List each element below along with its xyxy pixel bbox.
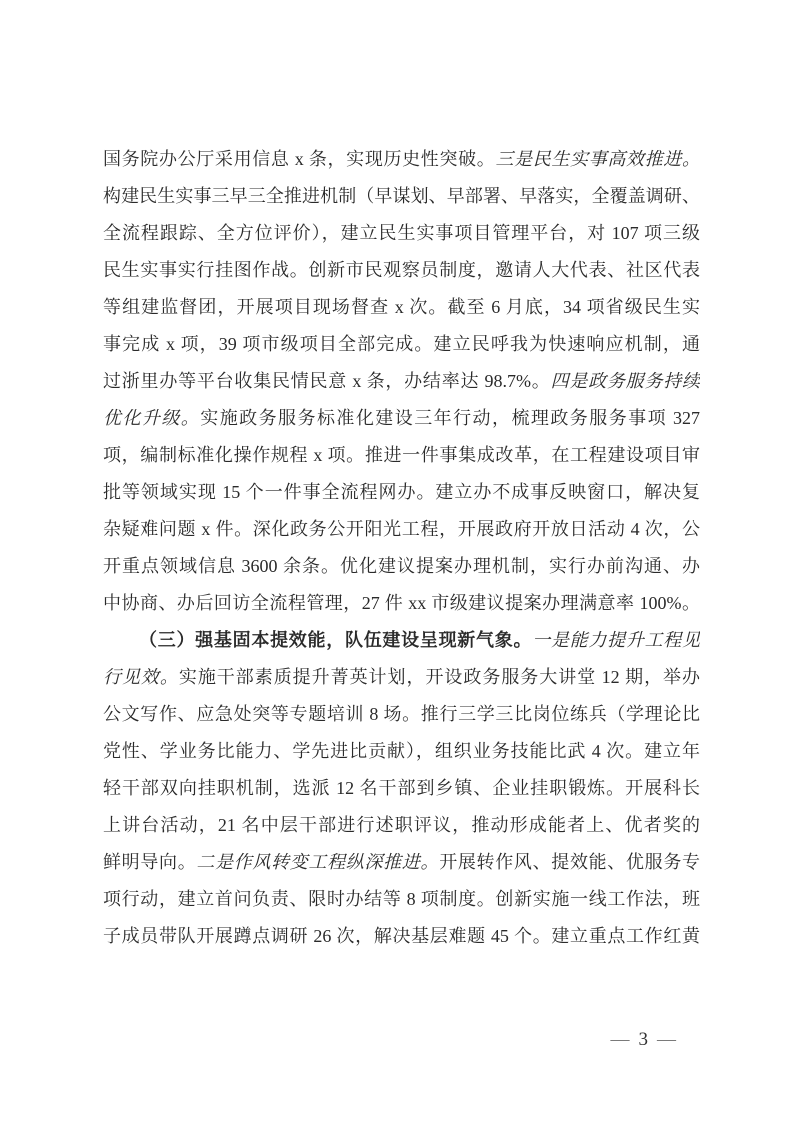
body-text-run: 项，编制标准化操作规程 x 项。推进一件事集成改革，在工程建设项目审 (103, 445, 700, 465)
body-text-run: 公文写作、应急处突等专题培训 8 场。推行三学三比岗位练兵（学理论比 (103, 704, 700, 724)
body-text-run: 杂疑难问题 x 件。深化政务公开阳光工程，开展政府开放日活动 4 次，公 (103, 519, 700, 539)
body-text-run: 开展转作风、提效能、优服务专 (439, 852, 700, 872)
page-footer: — 3 — (611, 1028, 677, 1052)
text-line: 党性、学业务比能力、学先进比贡献），组织业务技能比武 4 次。建立年 (103, 733, 700, 770)
footer-dash-left: — (611, 1028, 630, 1052)
body-text-run: 过浙里办等平台收集民情民意 x 条，办结率达 98.7%。 (103, 371, 551, 391)
document-body: 国务院办公厅采用信息 x 条，实现历史性突破。三是民生实事高效推进。构建民生实事… (103, 141, 700, 955)
text-line: 子成员带队开展蹲点调研 26 次，解决基层难题 45 个。建立重点工作红黄 (103, 918, 700, 955)
section-heading-run: （三）强基固本提效能，队伍建设呈现新气象。 (139, 630, 532, 650)
text-line: 民生实事实行挂图作战。创新市民观察员制度，邀请人大代表、社区代表 (103, 252, 700, 289)
emphasis-run: 一是能力提升工程见 (532, 630, 700, 650)
body-text-run: 党性、学业务比能力、学先进比贡献），组织业务技能比武 4 次。建立年 (103, 741, 700, 761)
emphasis-run: 优化升级。 (103, 408, 200, 428)
emphasis-run: 二是作风转变工程纵深推进。 (196, 852, 439, 872)
body-text-run: 国务院办公厅采用信息 x 条，实现历史性突破。 (103, 149, 495, 169)
text-line: 开重点领域信息 3600 余条。优化建议提案办理机制，实行办前沟通、办 (103, 548, 700, 585)
document-page: 国务院办公厅采用信息 x 条，实现历史性突破。三是民生实事高效推进。构建民生实事… (0, 0, 793, 1122)
emphasis-run: 三是民生实事高效推进。 (495, 149, 700, 169)
body-text-run: 实施政务服务标准化建设三年行动，梳理政务服务事项 327 (200, 408, 700, 428)
text-line: 过浙里办等平台收集民情民意 x 条，办结率达 98.7%。四是政务服务持续 (103, 363, 700, 400)
text-line: 等组建监督团，开展项目现场督查 x 次。截至 6 月底，34 项省级民生实 (103, 289, 700, 326)
body-text-run: 开重点领域信息 3600 余条。优化建议提案办理机制，实行办前沟通、办 (103, 556, 700, 576)
text-line: 轻干部双向挂职机制，选派 12 名干部到乡镇、企业挂职锻炼。开展科长 (103, 770, 700, 807)
text-line: 上讲台活动，21 名中层干部进行述职评议，推动形成能者上、优者奖的 (103, 807, 700, 844)
text-line: 国务院办公厅采用信息 x 条，实现历史性突破。三是民生实事高效推进。 (103, 141, 700, 178)
body-text-run: 上讲台活动，21 名中层干部进行述职评议，推动形成能者上、优者奖的 (103, 815, 700, 835)
text-line: 构建民生实事三早三全推进机制（早谋划、早部署、早落实，全覆盖调研、 (103, 178, 700, 215)
body-text-run: 民生实事实行挂图作战。创新市民观察员制度，邀请人大代表、社区代表 (103, 260, 700, 280)
emphasis-run: 行见效。 (103, 667, 179, 687)
body-text-run: 实施干部素质提升菁英计划，开设政务服务大讲堂 12 期，举办 (179, 667, 700, 687)
text-line: （三）强基固本提效能，队伍建设呈现新气象。一是能力提升工程见 (103, 622, 700, 659)
emphasis-run: 四是政务服务持续 (551, 371, 700, 391)
body-text-run: 批等领域实现 15 个一件事全流程网办。建立办不成事反映窗口，解决复 (103, 482, 700, 502)
footer-dash-right: — (657, 1028, 676, 1052)
text-line: 鲜明导向。二是作风转变工程纵深推进。开展转作风、提效能、优服务专 (103, 844, 700, 881)
body-text-run: 项行动，建立首问负责、限时办结等 8 项制度。创新实施一线工作法，班 (103, 889, 700, 909)
text-line: 事完成 x 项，39 项市级项目全部完成。建立民呼我为快速响应机制，通 (103, 326, 700, 363)
text-line: 杂疑难问题 x 件。深化政务公开阳光工程，开展政府开放日活动 4 次，公 (103, 511, 700, 548)
text-line: 优化升级。实施政务服务标准化建设三年行动，梳理政务服务事项 327 (103, 400, 700, 437)
text-line: 项行动，建立首问负责、限时办结等 8 项制度。创新实施一线工作法，班 (103, 881, 700, 918)
page-number: 3 (639, 1028, 649, 1052)
body-text-run: 全流程跟踪、全方位评价），建立民生实事项目管理平台，对 107 项三级 (103, 223, 700, 243)
text-line: 行见效。实施干部素质提升菁英计划，开设政务服务大讲堂 12 期，举办 (103, 659, 700, 696)
text-line: 项，编制标准化操作规程 x 项。推进一件事集成改革，在工程建设项目审 (103, 437, 700, 474)
body-text-run: 鲜明导向。 (103, 852, 196, 872)
body-text-run: 构建民生实事三早三全推进机制（早谋划、早部署、早落实，全覆盖调研、 (103, 186, 700, 206)
body-text-run: 子成员带队开展蹲点调研 26 次，解决基层难题 45 个。建立重点工作红黄 (103, 926, 700, 946)
text-line: 中协商、办后回访全流程管理，27 件 xx 市级建议提案办理满意率 100%。 (103, 585, 700, 622)
text-line: 公文写作、应急处突等专题培训 8 场。推行三学三比岗位练兵（学理论比 (103, 696, 700, 733)
body-text-run: 轻干部双向挂职机制，选派 12 名干部到乡镇、企业挂职锻炼。开展科长 (103, 778, 700, 798)
text-line: 全流程跟踪、全方位评价），建立民生实事项目管理平台，对 107 项三级 (103, 215, 700, 252)
text-line: 批等领域实现 15 个一件事全流程网办。建立办不成事反映窗口，解决复 (103, 474, 700, 511)
body-text-run: 事完成 x 项，39 项市级项目全部完成。建立民呼我为快速响应机制，通 (103, 334, 700, 354)
body-text-run: 等组建监督团，开展项目现场督查 x 次。截至 6 月底，34 项省级民生实 (103, 297, 700, 317)
body-text-run: 中协商、办后回访全流程管理，27 件 xx 市级建议提案办理满意率 100%。 (103, 593, 700, 613)
